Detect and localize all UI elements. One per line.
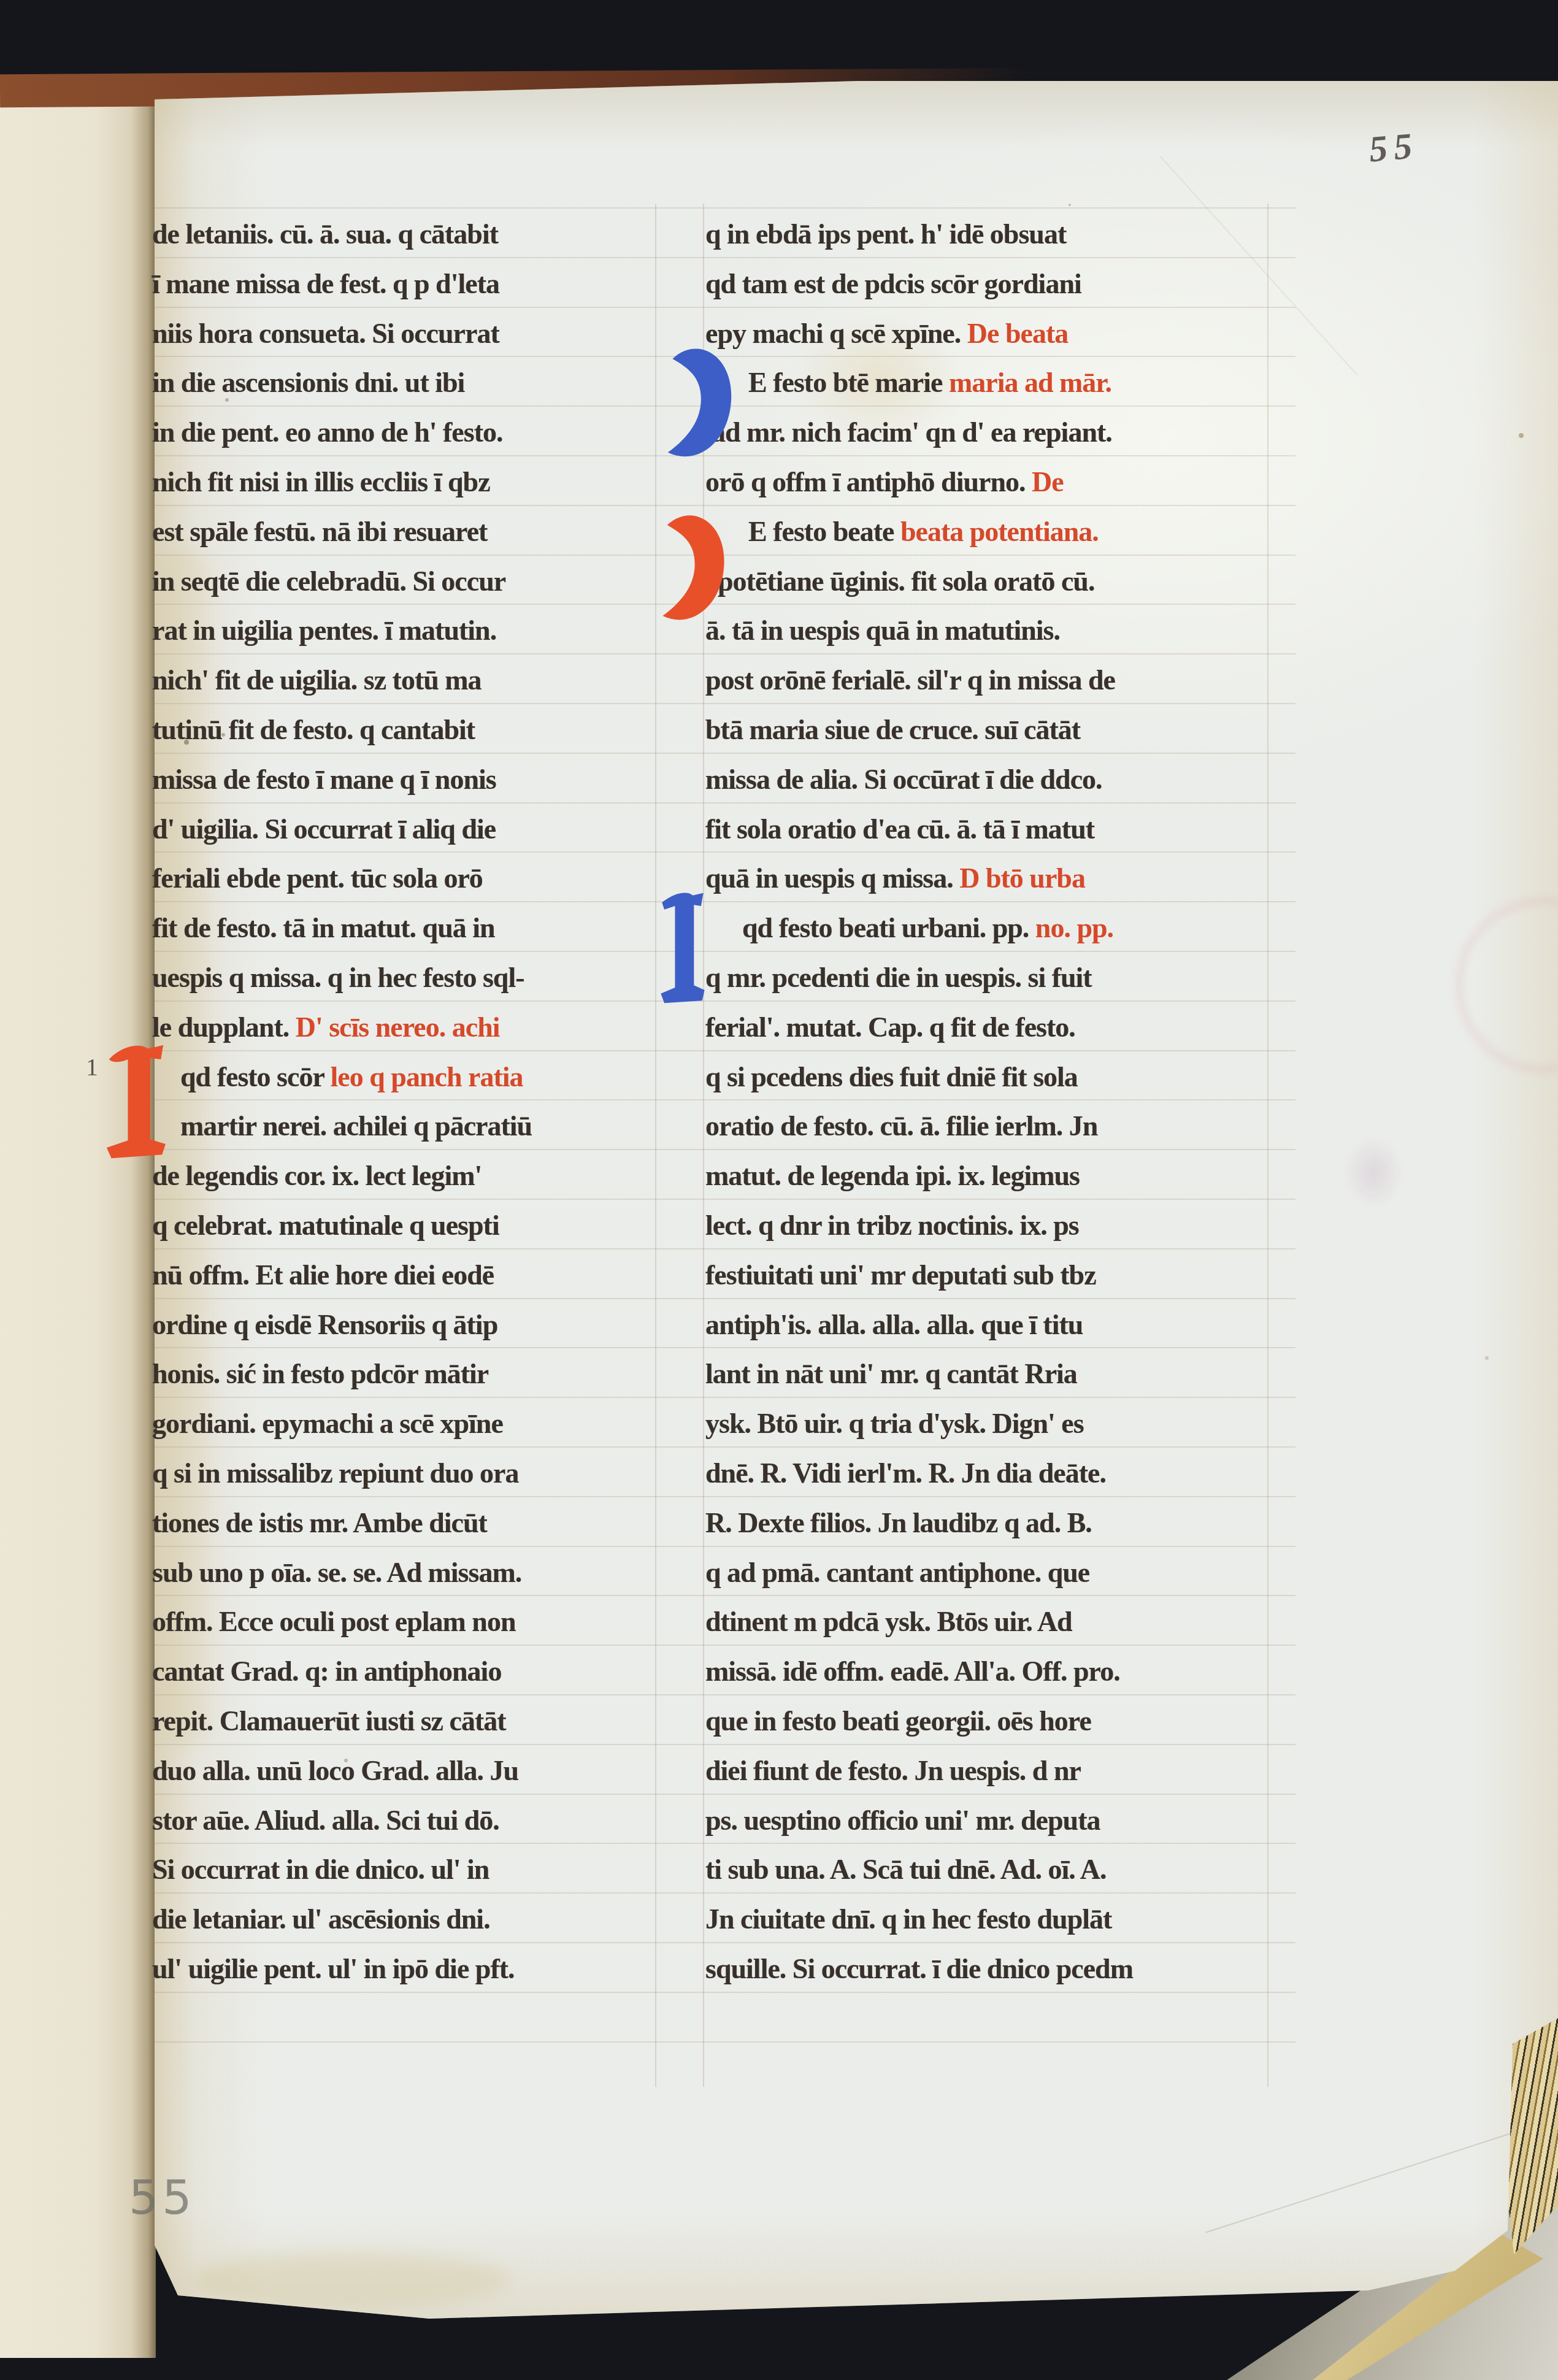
text-line: martir nerei. achilei q pācratiū: [152, 1102, 665, 1151]
text-segment: missa de alia. Si occūrat ī die ddco.: [705, 764, 1102, 795]
text-line: fit sola oratio d'ea cū. ā. tā ī matut: [705, 805, 1270, 854]
text-segment: fit de festo. tā in matut. quā in: [152, 912, 495, 943]
text-line: niis hora consueta. Si occurrat: [152, 309, 665, 359]
text-line: dnē. R. Vidi ierl'm. R. Jn dia deāte.: [705, 1449, 1270, 1499]
text-line: fit de festo. tā in matut. quā in: [152, 904, 665, 953]
text-line: E festo beate beata potentiana.: [705, 507, 1270, 557]
text-segment: post orōnē ferialē. sil'r q in missa de: [705, 664, 1115, 696]
text-line: nich fit nisi in illis eccliis ī qbz: [152, 458, 665, 507]
text-line: ī mane missa de fest. q p d'leta: [152, 259, 665, 309]
ruling-vertical-line: [703, 204, 704, 2087]
text-segment: R. Dexte filios. Jn laudibz q ad. B.: [705, 1507, 1092, 1538]
text-line: nū offm. Et alie hore diei eodē: [152, 1251, 665, 1300]
text-segment: diei fiunt de festo. Jn uespis. d nr: [705, 1755, 1081, 1786]
text-segment: quā in uespis q missa.: [705, 862, 959, 894]
text-segment: ordine q eisdē Rensoriis q ātip: [152, 1309, 497, 1340]
rubric-segment: D' scīs nereo. achi: [296, 1012, 500, 1043]
text-segment: q si pcedens dies fuit dniē fit sola: [705, 1061, 1078, 1092]
rubric-segment: beata potentiana.: [900, 516, 1099, 547]
illuminated-initial-D-red: [655, 508, 730, 626]
text-line: epy machi q scē xpīne. De beata: [705, 309, 1270, 359]
text-line: dtinent m pdcā ysk. Btōs uir. Ad: [705, 1597, 1270, 1647]
manuscript-photo: de letaniis. cū. ā. sua. q cātabitī mane…: [0, 0, 1558, 2380]
text-segment: in seqtē die celebradū. Si occur: [152, 566, 505, 597]
text-column-left: de letaniis. cū. ā. sua. q cātabitī mane…: [152, 210, 665, 1994]
text-segment: ysk. Btō uir. q tria d'ysk. Dign' es: [705, 1408, 1084, 1439]
text-line: q in ebdā ips pent. h' idē obsuat: [705, 210, 1270, 259]
text-segment: orō q offm ī antiphō diurno.: [705, 466, 1032, 497]
text-segment: tiones de istis mr. Ambe dicūt: [152, 1507, 487, 1538]
rubric-segment: D btō urba: [959, 862, 1085, 894]
text-segment: nū offm. Et alie hore diei eodē: [152, 1259, 494, 1291]
text-line: qd festo beati urbani. pp. no. pp.: [705, 904, 1270, 953]
corner-crease: [1205, 2126, 1532, 2233]
text-segment: matut. de legenda ipi. ix. legimus: [705, 1160, 1080, 1191]
text-segment: festiuitati uni' mr deputati sub tbz: [705, 1259, 1096, 1291]
text-line: E festo btē marie maria ad mār.: [705, 358, 1270, 408]
text-line: qd tam est de pdcis scōr gordiani: [705, 259, 1270, 309]
rubric-segment: leo q panch ratia: [331, 1061, 523, 1092]
text-segment: antiph'is. alla. alla. alla. que ī titu: [705, 1309, 1083, 1340]
text-line: gordiani. epymachi a scē xpīne: [152, 1399, 665, 1449]
parchment-specks: [0, 0, 2, 2]
text-line: in die pent. eo anno de h' festo.: [152, 408, 665, 458]
text-line: in seqtē die celebradū. Si occur: [152, 557, 665, 607]
text-segment: epy machi q scē xpīne.: [705, 318, 967, 349]
ink-ghost-stain: [1345, 1137, 1403, 1208]
text-segment: missā. idē offm. eadē. All'a. Off. pro.: [705, 1656, 1120, 1687]
text-line: q si pcedens dies fuit dniē fit sola: [705, 1053, 1270, 1102]
text-segment: cantat Grad. q: in antiphonaio: [152, 1656, 501, 1687]
text-line: est spāle festū. nā ibi resuaret: [152, 507, 665, 557]
text-segment: fit sola oratio d'ea cū. ā. tā ī matut: [705, 813, 1094, 845]
text-line: diei fiunt de festo. Jn uespis. d nr: [705, 1746, 1270, 1796]
text-segment: in die pent. eo anno de h' festo.: [152, 416, 502, 448]
text-segment: gordiani. epymachi a scē xpīne: [152, 1408, 503, 1439]
text-segment: martir nerei. achilei q pācratiū: [180, 1110, 532, 1142]
text-segment: ul' uigilie pent. ul' in ipō die pft.: [152, 1953, 515, 1984]
text-line: post orōnē ferialē. sil'r q in missa de: [705, 656, 1270, 705]
illuminated-initial-I-blue: [658, 891, 707, 1006]
text-line: repit. Clamauerūt iusti sz cātāt: [152, 1697, 665, 1746]
text-line: lect. q dnr in tribz noctinis. ix. ps: [705, 1201, 1270, 1251]
text-line: duo alla. unū loco Grad. alla. Ju: [152, 1746, 665, 1796]
text-segment: E festo btē marie: [748, 367, 949, 398]
text-segment: ad mr. nich facim' qn d' ea repiant.: [712, 416, 1112, 448]
text-segment: potētiane ūginis. fit sola oratō cū.: [718, 566, 1094, 597]
rubric-segment: maria ad mār.: [949, 367, 1111, 398]
text-segment: offm. Ecce oculi post eplam non: [152, 1606, 516, 1637]
text-segment: honis. sić in festo pdcōr mātir: [152, 1358, 488, 1389]
text-segment: oratio de festo. cū. ā. filie ierlm. Jn: [705, 1110, 1097, 1142]
text-line: antiph'is. alla. alla. alla. que ī titu: [705, 1300, 1270, 1350]
text-line: rat in uigilia pentes. ī matutin.: [152, 606, 665, 656]
text-line: nich' fit de uigilia. sz totū ma: [152, 656, 665, 705]
text-segment: ti sub una. A. Scā tui dnē. Ad. oī. A.: [705, 1854, 1107, 1885]
text-line: ā. tā in uespis quā in matutinis.: [705, 606, 1270, 656]
text-segment: qd festo beati urbani. pp.: [742, 912, 1035, 943]
text-segment: dtinent m pdcā ysk. Btōs uir. Ad: [705, 1606, 1072, 1637]
text-line: squille. Si occurrat. ī die dnico pcedm: [705, 1944, 1270, 1994]
text-line: de legendis cor. ix. lect legim': [152, 1151, 665, 1201]
text-segment: q in ebdā ips pent. h' idē obsuat: [705, 218, 1066, 250]
text-segment: lant in nāt uni' mr. q cantāt Rria: [705, 1358, 1077, 1389]
text-line: missā. idē offm. eadē. All'a. Off. pro.: [705, 1647, 1270, 1697]
text-line: orō q offm ī antiphō diurno. De: [705, 458, 1270, 507]
text-segment: rat in uigilia pentes. ī matutin.: [152, 615, 496, 646]
text-line: die letaniar. ul' ascēsionis dni.: [152, 1895, 665, 1944]
text-segment: de legendis cor. ix. lect legim': [152, 1160, 482, 1191]
text-segment: ferial'. mutat. Cap. q fit de festo.: [705, 1012, 1075, 1043]
folio-number-bottom: 55: [129, 2170, 196, 2225]
text-segment: q si in missalibz repiunt duo ora: [152, 1457, 519, 1489]
text-line: le dupplant. D' scīs nereo. achi: [152, 1003, 665, 1053]
text-line: de letaniis. cū. ā. sua. q cātabit: [152, 210, 665, 259]
text-line: sub uno p oīa. se. se. Ad missam.: [152, 1548, 665, 1598]
text-line: que in festo beati georgii. oēs hore: [705, 1697, 1270, 1746]
text-line: ps. uesptino officio uni' mr. deputa: [705, 1796, 1270, 1846]
illuminated-initial-I-red: [103, 1043, 167, 1161]
text-line: potētiane ūginis. fit sola oratō cū.: [705, 557, 1270, 607]
text-segment: q ad pmā. cantant antiphone. que: [705, 1557, 1089, 1588]
text-line: ad mr. nich facim' qn d' ea repiant.: [705, 408, 1270, 458]
text-line: ti sub una. A. Scā tui dnē. Ad. oī. A.: [705, 1845, 1270, 1895]
text-segment: nich' fit de uigilia. sz totū ma: [152, 664, 482, 696]
text-line: tutinū fit de festo. q cantabit: [152, 705, 665, 755]
text-line: d' uigilia. Si occurrat ī aliq die: [152, 805, 665, 854]
text-segment: btā maria siue de cruce. suī cātāt: [705, 714, 1080, 745]
rubric-segment: De beata: [967, 318, 1068, 349]
text-segment: in die ascensionis dni. ut ibi: [152, 367, 464, 398]
text-segment: ī mane missa de fest. q p d'leta: [152, 268, 499, 299]
text-segment: Si occurrat in die dnico. ul' in: [152, 1854, 489, 1885]
text-line: tiones de istis mr. Ambe dicūt: [152, 1499, 665, 1548]
text-line: btā maria siue de cruce. suī cātāt: [705, 705, 1270, 755]
text-line: lant in nāt uni' mr. q cantāt Rria: [705, 1349, 1270, 1399]
text-segment: est spāle festū. nā ibi resuaret: [152, 516, 487, 547]
text-line: in die ascensionis dni. ut ibi: [152, 358, 665, 408]
text-segment: feriali ebde pent. tūc sola orō: [152, 862, 483, 894]
text-line: q si in missalibz repiunt duo ora: [152, 1449, 665, 1499]
marginal-mark: 1: [86, 1053, 98, 1081]
text-line: matut. de legenda ipi. ix. legimus: [705, 1151, 1270, 1201]
text-line: Jn ciuitate dnī. q in hec festo duplāt: [705, 1895, 1270, 1944]
text-segment: missa de festo ī mane q ī nonis: [152, 764, 496, 795]
text-segment: d' uigilia. Si occurrat ī aliq die: [152, 813, 496, 845]
text-segment: dnē. R. Vidi ierl'm. R. Jn dia deāte.: [705, 1457, 1106, 1489]
text-line: quā in uespis q missa. D btō urba: [705, 854, 1270, 904]
text-segment: q mr. pcedenti die in uespis. si fuit: [705, 962, 1092, 993]
text-line: offm. Ecce oculi post eplam non: [152, 1597, 665, 1647]
text-segment: niis hora consueta. Si occurrat: [152, 318, 499, 349]
text-segment: E festo beate: [748, 516, 900, 547]
text-line: stor aūe. Aliud. alla. Sci tui dō.: [152, 1796, 665, 1846]
edge-discoloration: [191, 2252, 510, 2308]
rubric-segment: no. pp.: [1035, 912, 1113, 943]
text-segment: duo alla. unū loco Grad. alla. Ju: [152, 1755, 518, 1786]
text-segment: lect. q dnr in tribz noctinis. ix. ps: [705, 1210, 1079, 1241]
folio-number-top: 55: [1367, 125, 1420, 171]
text-line: oratio de festo. cū. ā. filie ierlm. Jn: [705, 1102, 1270, 1151]
text-segment: q celebrat. matutinale q uespti: [152, 1210, 499, 1241]
previous-page-edge: [0, 93, 156, 2358]
text-line: R. Dexte filios. Jn laudibz q ad. B.: [705, 1499, 1270, 1548]
text-segment: sub uno p oīa. se. se. Ad missam.: [152, 1557, 521, 1588]
text-line: missa de festo ī mane q ī nonis: [152, 755, 665, 805]
text-segment: nich fit nisi in illis eccliis ī qbz: [152, 466, 490, 497]
text-line: q celebrat. matutinale q uespti: [152, 1201, 665, 1251]
text-segment: uespis q missa. q in hec festo sql-: [152, 962, 524, 993]
text-line: honis. sić in festo pdcōr mātir: [152, 1349, 665, 1399]
text-line: qd festo scōr leo q panch ratia: [152, 1053, 665, 1102]
rubric-segment: De: [1032, 466, 1064, 497]
text-segment: repit. Clamauerūt iusti sz cātāt: [152, 1705, 506, 1737]
text-line: festiuitati uni' mr deputati sub tbz: [705, 1251, 1270, 1300]
text-line: Si occurrat in die dnico. ul' in: [152, 1845, 665, 1895]
text-line: missa de alia. Si occūrat ī die ddco.: [705, 755, 1270, 805]
text-line: cantat Grad. q: in antiphonaio: [152, 1647, 665, 1697]
text-line: uespis q missa. q in hec festo sql-: [152, 953, 665, 1003]
text-line: ysk. Btō uir. q tria d'ysk. Dign' es: [705, 1399, 1270, 1449]
text-segment: tutinū fit de festo. q cantabit: [152, 714, 475, 745]
text-segment: de letaniis. cū. ā. sua. q cātabit: [152, 218, 498, 250]
text-segment: stor aūe. Aliud. alla. Sci tui dō.: [152, 1805, 499, 1836]
text-segment: qd tam est de pdcis scōr gordiani: [705, 268, 1081, 299]
text-segment: le dupplant.: [152, 1012, 296, 1043]
text-line: q mr. pcedenti die in uespis. si fuit: [705, 953, 1270, 1003]
text-segment: ps. uesptino officio uni' mr. deputa: [705, 1805, 1100, 1836]
text-line: q ad pmā. cantant antiphone. que: [705, 1548, 1270, 1598]
text-segment: squille. Si occurrat. ī die dnico pcedm: [705, 1953, 1133, 1984]
text-line: ferial'. mutat. Cap. q fit de festo.: [705, 1003, 1270, 1053]
pink-ring-stain: [1455, 897, 1558, 1073]
text-segment: qd festo scōr: [180, 1061, 331, 1092]
text-segment: ā. tā in uespis quā in matutinis.: [705, 615, 1060, 646]
text-segment: die letaniar. ul' ascēsionis dni.: [152, 1903, 490, 1935]
illuminated-initial-D-blue: [661, 341, 736, 463]
text-line: ordine q eisdē Rensoriis q ātip: [152, 1300, 665, 1350]
text-segment: Jn ciuitate dnī. q in hec festo duplāt: [705, 1903, 1111, 1935]
text-column-right: q in ebdā ips pent. h' idē obsuatqd tam …: [705, 210, 1270, 1994]
text-line: feriali ebde pent. tūc sola orō: [152, 854, 665, 904]
text-line: ul' uigilie pent. ul' in ipō die pft.: [152, 1944, 665, 1994]
text-segment: que in festo beati georgii. oēs hore: [705, 1705, 1091, 1737]
